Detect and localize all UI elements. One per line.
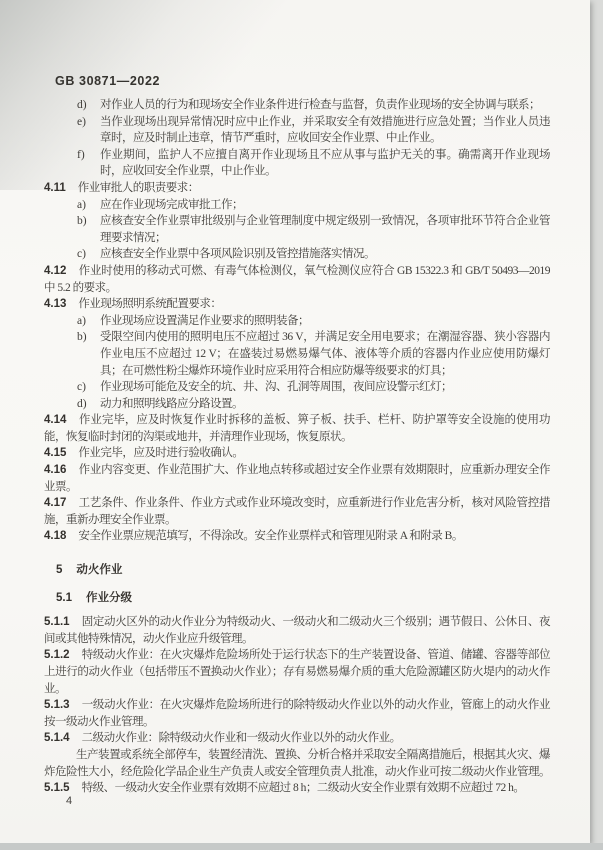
list-item-marker: b)	[77, 329, 87, 346]
clause-number: 5.1	[56, 592, 72, 604]
clause-5.1.3: 5.1.3一级动火作业：在火灾爆炸危险场所进行的除特级动火作业以外的动火作业，管…	[44, 697, 550, 730]
list-item-a: a)应在作业现场完成审批工作；	[44, 197, 550, 214]
list-item-c: c)应核查安全作业票中各项风险识别及管控措施落实情况。	[44, 246, 550, 263]
clause-4.15: 4.15作业完毕，应及时进行验收确认。	[44, 445, 550, 462]
clause-number: 4.17	[44, 497, 66, 509]
clause-number: 4.16	[44, 464, 66, 476]
clause-number: 5.1.3	[44, 699, 70, 711]
clause-4.12: 4.12作业时使用的移动式可燃、有毒气体检测仪，氧气检测仪应符合 GB 1532…	[44, 263, 550, 296]
clause-number: 4.13	[44, 298, 66, 310]
clause-4.17: 4.17工艺条件、作业条件、作业方式或作业环境改变时，应重新进行作业危害分析，核…	[44, 495, 550, 528]
list-item-marker: c)	[77, 379, 86, 396]
clause-5.1.2: 5.1.2特级动火作业：在火灾爆炸危险场所处于运行状态下的生产装置设备、管道、储…	[44, 647, 550, 697]
clause-number: 5	[56, 564, 62, 576]
list-item-marker: a)	[77, 197, 86, 214]
clause-4.18: 4.18安全作业票应规范填写，不得涂改。安全作业票样式和管理见附录 A 和附录 …	[44, 528, 550, 545]
list-item-b: b)受限空间内使用的照明电压不应超过 36 V，并满足安全用电要求；在潮湿容器、…	[44, 329, 550, 379]
clause-number: 4.11	[44, 182, 66, 194]
clause-number: 4.14	[44, 414, 66, 426]
clause-number: 4.15	[44, 447, 66, 459]
list-item-marker: a)	[77, 313, 86, 330]
page-number: 4	[66, 795, 72, 807]
list-item-marker: d)	[77, 396, 87, 413]
clause-number: 4.12	[44, 265, 66, 277]
list-item-f: f)作业期间，监护人不应擅自离开作业现场且不应从事与监护无关的事。确需离开作业现…	[44, 147, 550, 180]
list-item-d: d)动力和照明线路应分路设置。	[44, 396, 550, 413]
list-item-marker: d)	[77, 97, 87, 114]
clause-number: 5.1.1	[44, 616, 70, 628]
document-body: d)对作业人员的行为和现场安全作业条件进行检查与监督，负责作业现场的安全协调与联…	[44, 97, 550, 797]
clause-5.1.1: 5.1.1固定动火区外的动火作业分为特级动火、一级动火和二级动火三个级别；遇节假…	[44, 614, 550, 647]
clause-4.14: 4.14作业完毕，应及时恢复作业时拆移的盖板、箅子板、扶手、栏杆、防护罩等安全设…	[44, 412, 550, 445]
list-item-a: a)作业现场应设置满足作业要求的照明装备；	[44, 313, 550, 330]
section-heading-5: 5动火作业	[44, 562, 550, 579]
clause-4.11: 4.11作业审批人的职责要求：	[44, 180, 550, 197]
list-item-c: c)作业现场可能危及安全的坑、井、沟、孔洞等周围，夜间应设警示红灯；	[44, 379, 550, 396]
document-page: GB 30871—2022 d)对作业人员的行为和现场安全作业条件进行检查与监督…	[0, 0, 590, 843]
list-item-d: d)对作业人员的行为和现场安全作业条件进行检查与监督，负责作业现场的安全协调与联…	[44, 97, 550, 114]
clause-number: 4.18	[44, 530, 66, 542]
clause-4.16: 4.16作业内容变更、作业范围扩大、作业地点转移或超过安全作业票有效期限时，应重…	[44, 462, 550, 495]
scanner-bed: GB 30871—2022 d)对作业人员的行为和现场安全作业条件进行检查与监督…	[0, 0, 603, 850]
scanner-bed-bottom-strip	[0, 843, 603, 850]
clause-5.1.5: 5.1.5特级、一级动火安全作业票有效期不应超过 8 h；二级动火安全作业票有效…	[44, 780, 550, 797]
list-item-marker: b)	[77, 213, 87, 230]
indented-paragraph: 生产装置或系统全部停车，装置经清洗、置换、分析合格并采取安全隔离措施后，根据其火…	[44, 747, 550, 780]
list-item-marker: c)	[77, 246, 86, 263]
clause-number: 5.1.5	[44, 782, 70, 794]
clause-4.13: 4.13作业现场照明系统配置要求：	[44, 296, 550, 313]
list-item-marker: f)	[77, 147, 85, 164]
clause-number: 5.1.2	[44, 649, 70, 661]
list-item-marker: e)	[77, 114, 86, 131]
section-heading-5.1: 5.1作业分级	[44, 590, 550, 607]
list-item-e: e)当作业现场出现异常情况时应中止作业，并采取安全有效措施进行应急处置；当作业人…	[44, 114, 550, 147]
clause-number: 5.1.4	[44, 732, 70, 744]
list-item-b: b)应核查安全作业票审批级别与企业管理制度中规定级别一致情况，各项审批环节符合企…	[44, 213, 550, 246]
clause-5.1.4: 5.1.4二级动火作业：除特级动火作业和一级动火作业以外的动火作业。	[44, 730, 550, 747]
standard-number-header: GB 30871—2022	[55, 74, 160, 88]
